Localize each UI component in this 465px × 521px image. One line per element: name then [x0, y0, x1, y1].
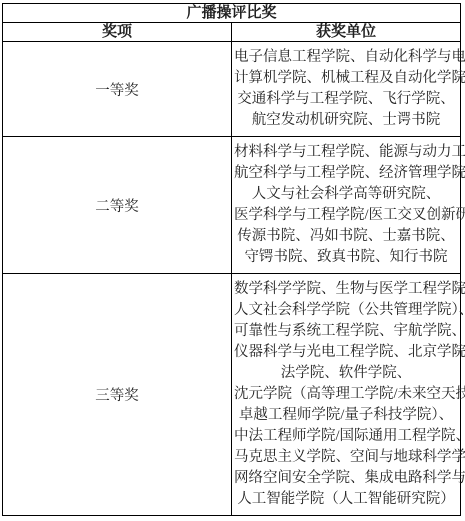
document-page: 广播操评比奖 奖项 获奖单位 一等奖 电子信息工程学院、自动化科学与电气工程学院…	[0, 0, 465, 521]
unit-line: 网络空间安全学院、集成电路科学与工程学院、	[234, 468, 458, 489]
column-header-units: 获奖单位	[232, 23, 461, 42]
unit-line: 马克思主义学院、空间与地球科学学院、	[234, 447, 458, 468]
unit-line: 数学科学学院、生物与医学工程学院、	[234, 279, 458, 300]
unit-line: 卓越工程师学院/量子科技学院）、	[234, 405, 458, 426]
units-second-prize: 材料科学与工程学院、能源与动力工程学院、航空科学与工程学院、经济管理学院、人文与…	[232, 137, 461, 274]
unit-line: 航空发动机研究院、士谔书院	[234, 110, 458, 131]
unit-line: 守锷书院、致真书院、知行书院	[234, 247, 458, 268]
unit-line: 电子信息工程学院、自动化科学与电气工程学院、	[234, 47, 458, 68]
table-title: 广播操评比奖	[3, 4, 461, 23]
unit-line: 人文社会科学学院（公共管理学院）、	[234, 300, 458, 321]
units-first-prize: 电子信息工程学院、自动化科学与电气工程学院、计算机学院、机械工程及自动化学院、交…	[232, 42, 461, 137]
header-row: 奖项 获奖单位	[3, 23, 461, 42]
unit-line: 可靠性与系统工程学院、宇航学院、	[234, 321, 458, 342]
unit-line: 航空科学与工程学院、经济管理学院、	[234, 163, 458, 184]
units-third-prize: 数学科学学院、生物与医学工程学院、人文社会科学学院（公共管理学院）、可靠性与系统…	[232, 274, 461, 516]
unit-line: 法学院、软件学院、	[234, 363, 458, 384]
table-row-second-prize: 二等奖 材料科学与工程学院、能源与动力工程学院、航空科学与工程学院、经济管理学院…	[3, 137, 461, 274]
unit-line: 人文与社会科学高等研究院、	[234, 184, 458, 205]
award-table: 广播操评比奖 奖项 获奖单位 一等奖 电子信息工程学院、自动化科学与电气工程学院…	[2, 3, 461, 516]
unit-line: 医学科学与工程学院/医工交叉创新研究院、	[234, 205, 458, 226]
unit-line: 沈元学院（高等理工学院/未来空天技术学院/国家	[234, 384, 458, 405]
title-row: 广播操评比奖	[3, 4, 461, 23]
unit-line: 材料科学与工程学院、能源与动力工程学院、	[234, 142, 458, 163]
award-label-second-prize: 二等奖	[3, 137, 232, 274]
table-row-first-prize: 一等奖 电子信息工程学院、自动化科学与电气工程学院、计算机学院、机械工程及自动化…	[3, 42, 461, 137]
award-label-third-prize: 三等奖	[3, 274, 232, 516]
unit-line: 传源书院、冯如书院、士嘉书院、	[234, 226, 458, 247]
unit-line: 人工智能学院（人工智能研究院）	[234, 489, 458, 510]
unit-line: 交通科学与工程学院、飞行学院、	[234, 89, 458, 110]
unit-line: 中法工程师学院/国际通用工程学院、	[234, 426, 458, 447]
unit-line: 计算机学院、机械工程及自动化学院、	[234, 68, 458, 89]
unit-line: 仪器科学与光电工程学院、北京学院、	[234, 342, 458, 363]
award-label-first-prize: 一等奖	[3, 42, 232, 137]
column-header-award: 奖项	[3, 23, 232, 42]
table-row-third-prize: 三等奖 数学科学学院、生物与医学工程学院、人文社会科学学院（公共管理学院）、可靠…	[3, 274, 461, 516]
